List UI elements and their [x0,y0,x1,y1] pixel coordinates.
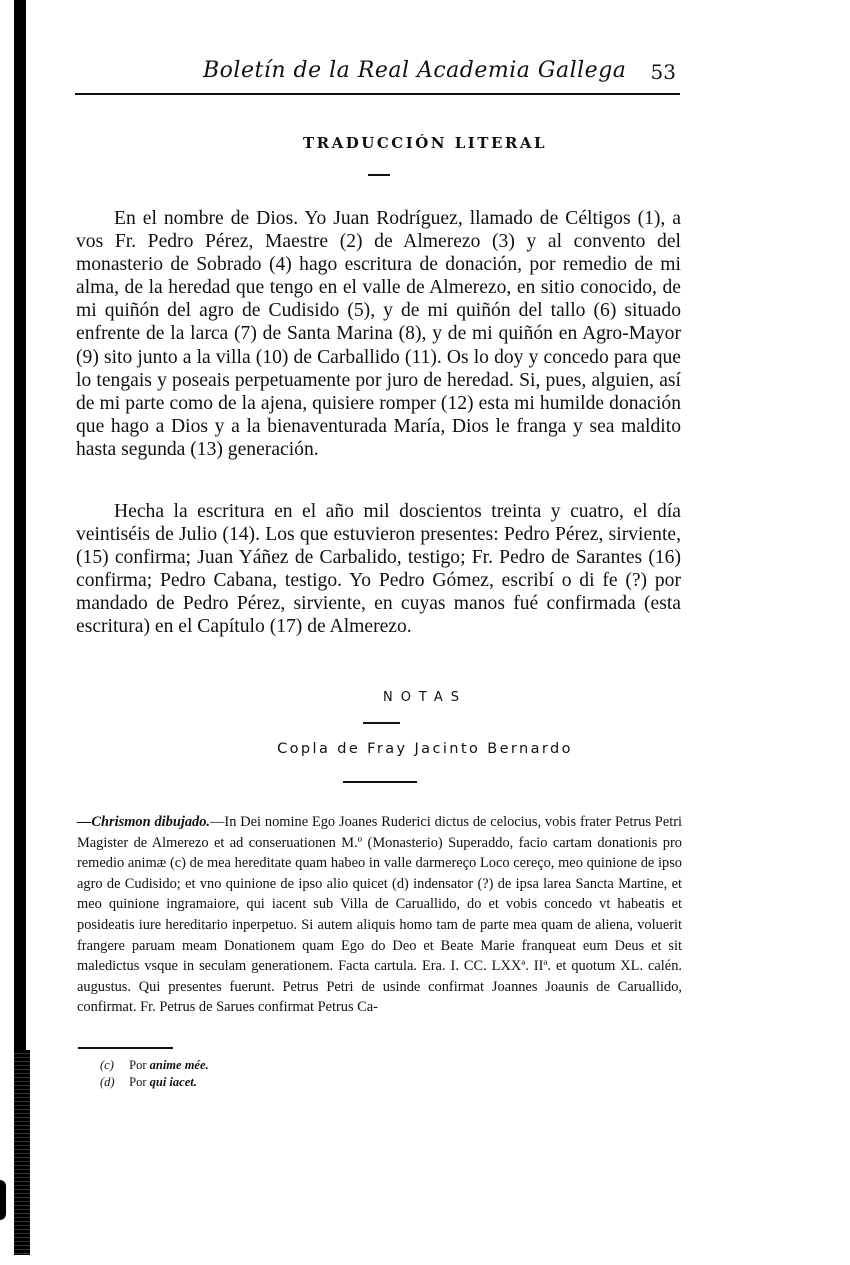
footnote-rule [78,1047,173,1049]
notes-divider [363,722,400,724]
latin-paragraph: —Chrismon dibujado.—In Dei nomine Ego Jo… [77,812,682,1018]
journal-title: Boletín de la Real Academia Gallega [203,58,626,83]
paragraph-text: En el nombre de Dios. Yo Juan Rodríguez,… [76,207,681,461]
footnote-prefix: Por [129,1058,146,1072]
scan-edge-mark [0,1180,6,1220]
running-head: Boletín de la Real Academia Gallega 53 [75,58,680,96]
page-number: 53 [651,60,676,84]
paragraph-text: Hecha la escritura en el año mil doscien… [76,500,681,639]
subheading-divider [343,781,417,783]
section-heading: TRADUCCIÓN LITERAL [0,134,850,152]
heading-divider [368,174,390,176]
translation-paragraph-2: Hecha la escritura en el año mil doscien… [76,500,681,639]
footnote-text: anime mée. [150,1058,209,1072]
notes-subheading: Copla de Fray Jacinto Bernardo [0,741,850,757]
footnote-text: qui iacet. [150,1075,197,1089]
translation-paragraph-1: En el nombre de Dios. Yo Juan Rodríguez,… [76,207,681,461]
notes-heading: NOTAS [0,690,850,705]
header-rule [75,93,680,95]
latin-body: —In Dei nomine Ego Joanes Ruderici dictu… [77,814,682,1015]
latin-transcription: —Chrismon dibujado.—In Dei nomine Ego Jo… [77,812,682,1018]
scan-edge-shadow-bottom [14,1050,30,1255]
footnote-mark: (c) [100,1057,126,1074]
footnote-mark: (d) [100,1074,126,1091]
footnote-d: (d) Por qui iacet. [100,1074,209,1091]
footnote-prefix: Por [129,1075,146,1089]
footnotes: (c) Por anime mée. (d) Por qui iacet. [100,1057,209,1091]
footnote-c: (c) Por anime mée. [100,1057,209,1074]
chrismon-label: —Chrismon dibujado. [77,814,210,830]
